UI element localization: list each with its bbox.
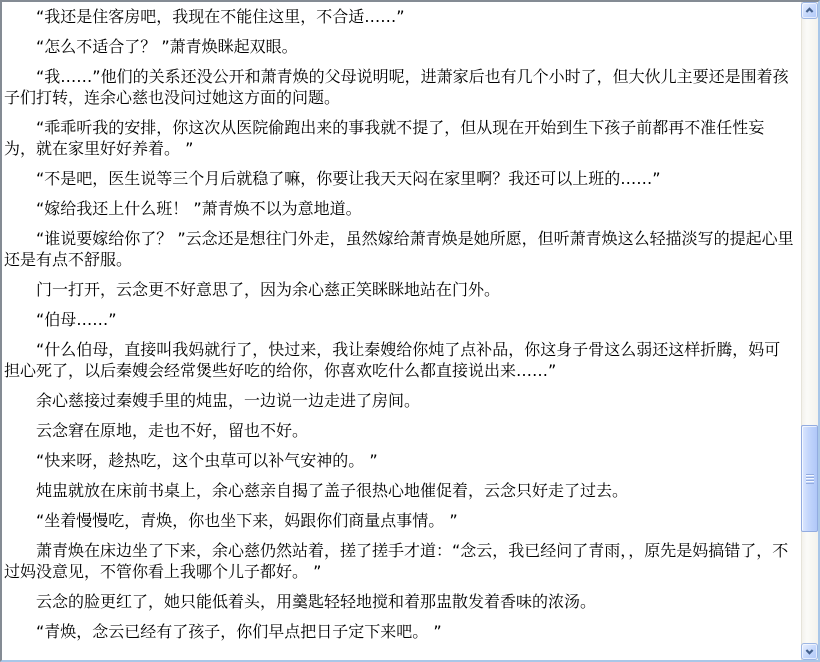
thumb-grip-icon bbox=[806, 474, 814, 484]
paragraph: “我还是住客房吧，我现在不能住这里，不合适……” bbox=[4, 6, 795, 27]
paragraph: 云念窘在原地，走也不好，留也不好。 bbox=[4, 420, 795, 441]
novel-text-area: “我还是住客房吧，我现在不能住这里，不合适……”“怎么不适合了？ ”萧青焕眯起双… bbox=[2, 2, 801, 660]
paragraph: “坐着慢慢吃，青焕，你也坐下来，妈跟你们商量点事情。 ” bbox=[4, 510, 795, 531]
reader-frame: “我还是住客房吧，我现在不能住这里，不合适……”“怎么不适合了？ ”萧青焕眯起双… bbox=[0, 0, 820, 662]
vertical-scrollbar[interactable] bbox=[801, 2, 818, 660]
paragraph: “嫁给我还上什么班！ ”萧青焕不以为意地道。 bbox=[4, 198, 795, 219]
scroll-down-button[interactable] bbox=[801, 643, 818, 660]
paragraph: “青焕，念云已经有了孩子，你们早点把日子定下来吧。 ” bbox=[4, 621, 795, 642]
paragraph: 萧青焕在床边坐了下来，余心慈仍然站着，搓了搓手才道：“念云，我已经问了青雨，，原… bbox=[4, 540, 795, 582]
chevron-down-icon bbox=[804, 646, 815, 657]
paragraph: “乖乖听我的安排，你这次从医院偷跑出来的事我就不提了，但从现在开始到生下孩子前都… bbox=[4, 117, 795, 159]
paragraph: 炖盅就放在床前书桌上，余心慈亲自揭了盖子很热心地催促着，云念只好走了过去。 bbox=[4, 480, 795, 501]
paragraph: 门一打开，云念更不好意思了，因为余心慈正笑眯眯地站在门外。 bbox=[4, 279, 795, 300]
paragraph: “不是吧，医生说等三个月后就稳了嘛，你要让我天天闷在家里啊？我还可以上班的……” bbox=[4, 168, 795, 189]
scrollbar-track[interactable] bbox=[801, 19, 818, 643]
paragraph: “谁说要嫁给你了？ ”云念还是想往门外走，虽然嫁给萧青焕是她所愿，但听萧青焕这么… bbox=[4, 228, 795, 270]
paragraph: “什么伯母，直接叫我妈就行了，快过来，我让秦嫂给你炖了点补品，你这身子骨这么弱还… bbox=[4, 339, 795, 381]
paragraph: “快来呀，趁热吃，这个虫草可以补气安神的。 ” bbox=[4, 450, 795, 471]
paragraph: “伯母……” bbox=[4, 309, 795, 330]
scrollbar-thumb[interactable] bbox=[801, 425, 818, 532]
paragraph: 余心慈接过秦嫂手里的炖盅，一边说一边走进了房间。 bbox=[4, 390, 795, 411]
paragraph: “我……”他们的关系还没公开和萧青焕的父母说明呢，进萧家后也有几个小时了，但大伙… bbox=[4, 66, 795, 108]
chevron-up-icon bbox=[804, 5, 815, 16]
scroll-up-button[interactable] bbox=[801, 2, 818, 19]
paragraph: “怎么不适合了？ ”萧青焕眯起双眼。 bbox=[4, 36, 795, 57]
paragraph: 云念的脸更红了，她只能低着头，用羹匙轻轻地搅和着那盅散发着香味的浓汤。 bbox=[4, 591, 795, 612]
